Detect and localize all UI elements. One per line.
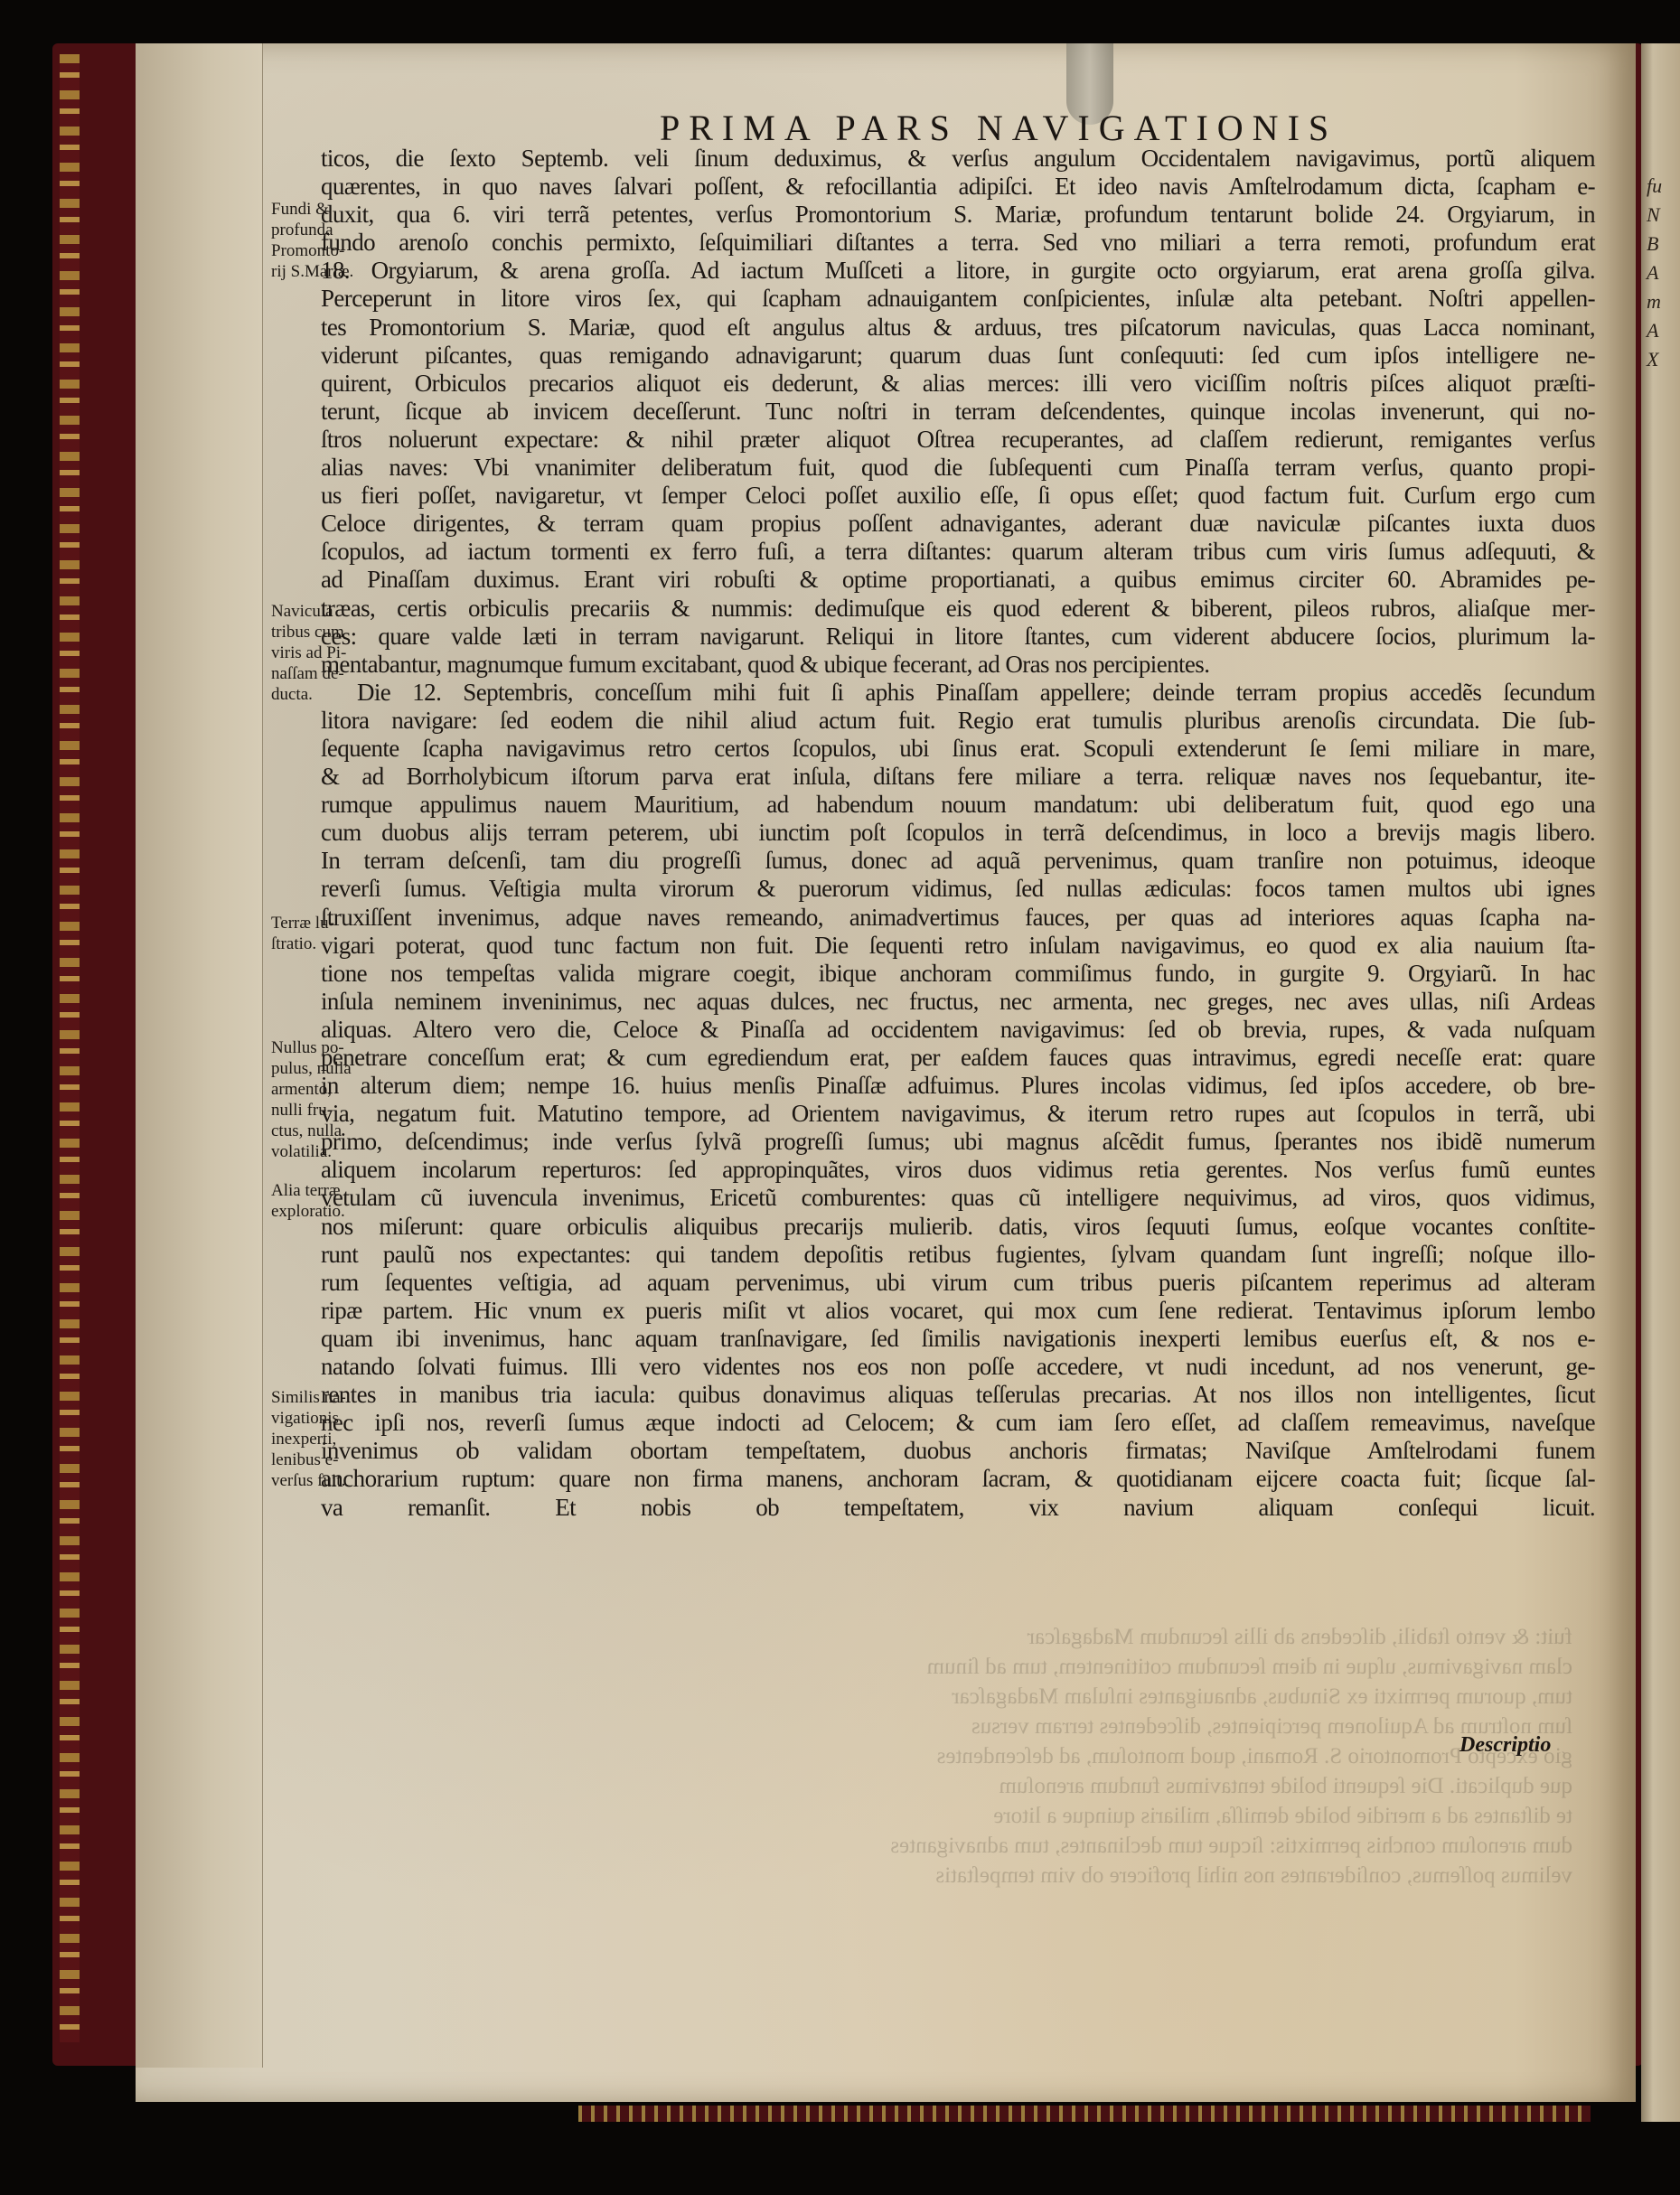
margin-note: Alia terræ exploratio.	[271, 1180, 375, 1222]
text-line: penetrare conceſſum erat; & cum egredien…	[321, 1044, 1595, 1072]
text-line: us fieri poſſet, navigaretur, vt ſemper …	[321, 482, 1595, 510]
text-line: anchorarium ruptum: quare non firma mane…	[321, 1465, 1595, 1493]
main-text-block: ticos, die ſexto Septemb. veli ſinum ded…	[321, 145, 1595, 1522]
text-line: Celoce dirigentes, & terram quam propius…	[321, 510, 1595, 538]
text-line: duxit, qua 6. viri terrã petentes, verſu…	[321, 201, 1595, 229]
text-line: alias naves: Vbi vnanimiter deliberatum …	[321, 454, 1595, 482]
text-line: viderunt piſcantes, quas remigando adnav…	[321, 342, 1595, 370]
text-line: quam ibi invenimus, hanc aquam tranſnavi…	[321, 1325, 1595, 1353]
text-line: aliquem incolarum reperturos: ſed approp…	[321, 1156, 1595, 1184]
text-line: ſtruxiſſent invenimus, adque naves remea…	[321, 904, 1595, 932]
text-line: tione nos tempeſtas valida migrare coegi…	[321, 960, 1595, 988]
text-line: nos miſerunt: quare orbiculis aliquibus …	[321, 1213, 1595, 1241]
margin-note: Fundi & profunda Promonto- rij S.Mariæ.	[271, 199, 375, 282]
text-line: ad Pinaſſam duximus. Erant viri robuſti …	[321, 566, 1595, 594]
margin-note: Navicula tribus cum viris ad Pi- naſſam …	[271, 601, 375, 705]
gilt-border-bottom	[578, 2106, 1591, 2122]
text-line: terunt, ſicque ab invicem deceſſerunt. T…	[321, 398, 1595, 426]
text-line: quærentes, in quo naves ſalvari poſſent,…	[321, 173, 1595, 201]
text-line: ripæ partem. Hic vnum ex pueris miſit vt…	[321, 1297, 1595, 1325]
text-line: ſcopulos, ad iactum tormenti ex ferro fu…	[321, 538, 1595, 566]
text-line: in alterum diem; nempe 16. huius menſis …	[321, 1072, 1595, 1100]
text-line: vetulam cũ iuvencula invenimus, Ericetũ …	[321, 1184, 1595, 1212]
catchword: Descriptio	[1459, 1733, 1551, 1758]
text-line: In terram deſcenſi, tam diu progreſſi ſu…	[321, 847, 1595, 875]
text-line: aliquas. Altero vero die, Celoce & Pinaſ…	[321, 1016, 1595, 1044]
text-line: primo, deſcendimus; inde verſus ſylvã pr…	[321, 1128, 1595, 1156]
margin-note: Nullus po- pulus, nulla armento, nulli f…	[271, 1037, 375, 1162]
gilt-border-left	[60, 54, 80, 2042]
text-line: rumque appulimus nauem Mauritium, ad hab…	[321, 791, 1595, 819]
text-line: vigari poterat, quod tunc factum non fui…	[321, 932, 1595, 960]
text-line: ſequente ſcapha navigavimus retro certos…	[321, 735, 1595, 763]
text-line: træas, certis orbiculis precariis & numm…	[321, 595, 1595, 623]
text-line: ces: quare valde læti in terram navigaru…	[321, 623, 1595, 651]
text-line: cum duobus alijs terram peterem, ubi iun…	[321, 819, 1595, 847]
text-line: natando ſolvati fuimus. Illi vero vident…	[321, 1353, 1595, 1381]
margin-note: Similis na- vigationis inexperti, lenibu…	[271, 1387, 375, 1491]
running-head: PRIMA PARS NAVIGATIONIS	[660, 107, 1337, 149]
text-line: invenimus ob validam obortam tempeſtatem…	[321, 1437, 1595, 1465]
show-through-text: fuit: & vento ſtabili, diſcedens ab illi…	[271, 1622, 1572, 1890]
text-line: litora navigare: ſed eodem die nihil ali…	[321, 707, 1595, 735]
page-gutter-fold	[136, 43, 263, 2068]
text-line: 18. Orgyiarum, & arena groſſa. Ad iactum…	[321, 257, 1595, 285]
text-line: rentes in manibus tria iacula: quibus do…	[321, 1381, 1595, 1409]
text-line: mentabantur, magnumque fumum excitabant,…	[321, 651, 1595, 679]
text-line: quirent, Orbiculos precarios aliquot eis…	[321, 370, 1595, 398]
text-line: & ad Borrholybicum iſtorum parva erat in…	[321, 763, 1595, 791]
margin-note: Terræ lu- ſtratio.	[271, 913, 375, 954]
text-line: Die 12. Septembris, conceſſum mihi fuit …	[321, 679, 1595, 707]
text-line: va remanſit. Et nobis ob tempeſtatem, vi…	[321, 1494, 1595, 1522]
text-line: via, negatum fuit. Matutino tempore, ad …	[321, 1100, 1595, 1128]
text-line: rum ſequentes veſtigia, ad aquam perveni…	[321, 1269, 1595, 1297]
text-line: nec ipſi nos, reverſi ſumus æque indocti…	[321, 1409, 1595, 1437]
text-line: reverſi ſumus. Veſtigia multa virorum & …	[321, 875, 1595, 903]
text-line: inſula neminem inveninimus, nec aquas du…	[321, 988, 1595, 1016]
next-page-fragment: fu N B A m A X	[1647, 172, 1674, 374]
text-line: Perceperunt in litore viros ſex, qui ſca…	[321, 285, 1595, 313]
text-line: fundo arenoſo conchis permixto, ſeſquimi…	[321, 229, 1595, 257]
text-line: runt paulũ nos expectantes: qui tandem d…	[321, 1241, 1595, 1269]
text-line: tes Promontorium S. Mariæ, quod eſt angu…	[321, 314, 1595, 342]
text-line: ticos, die ſexto Septemb. veli ſinum ded…	[321, 145, 1595, 173]
text-line: ſtros noluerunt expectare: & nihil præte…	[321, 426, 1595, 454]
